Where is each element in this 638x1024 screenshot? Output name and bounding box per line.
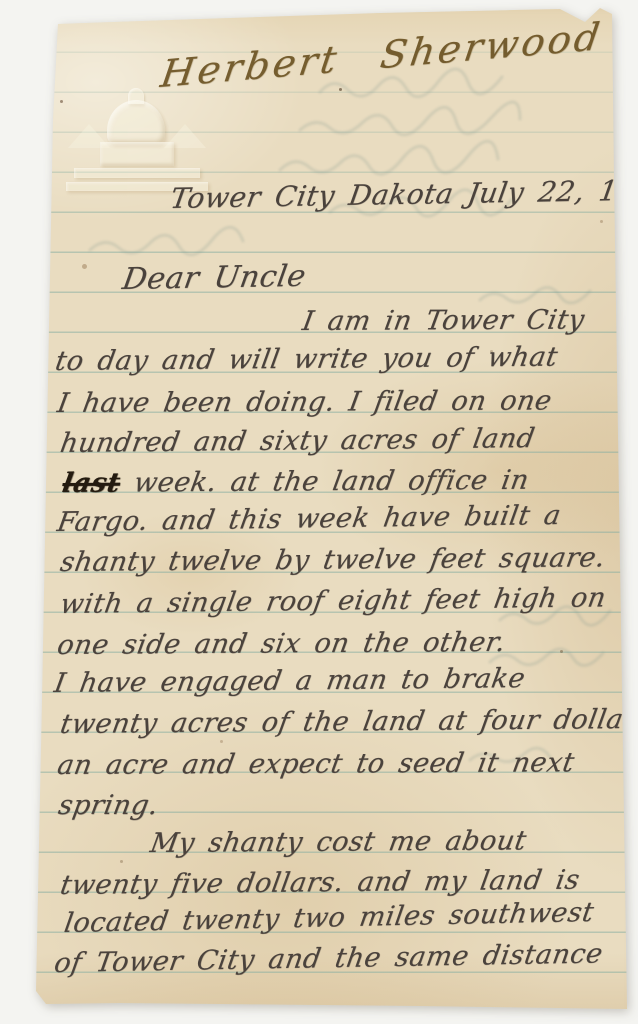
letter-line: twenty acres of the land at four dollars xyxy=(58,704,638,740)
seal-base-upper xyxy=(74,168,200,178)
letter-line: I have been doing. I filed on one xyxy=(55,385,554,419)
struck-word: last xyxy=(60,468,123,499)
scan-background: Herbert Sherwood Tower City Dakota July … xyxy=(0,0,638,1024)
letter-line: My shanty cost me about xyxy=(148,825,529,859)
seal-body xyxy=(100,142,174,166)
letter-line-text: week. at the land office in xyxy=(118,465,532,499)
letter-line: I am in Tower City xyxy=(300,305,587,337)
letter-paper-shadow: Herbert Sherwood Tower City Dakota July … xyxy=(0,0,638,1024)
letter-line: last week. at the land office in xyxy=(60,465,531,499)
foxing-specks xyxy=(60,100,63,103)
letter-line: shanty twelve by twelve feet square. xyxy=(58,542,608,578)
letter-line: I have engaged a man to brake xyxy=(52,663,528,699)
letter-line: to day and will write you of what xyxy=(53,342,560,377)
letter-paper: Herbert Sherwood Tower City Dakota July … xyxy=(0,0,638,1024)
letter-line: spring. xyxy=(56,790,161,821)
letter-line: an acre and expect to seed it next xyxy=(55,747,577,781)
letter-line: one side and six on the other. xyxy=(55,627,508,661)
letter-line: hundred and sixty acres of land xyxy=(58,423,537,459)
salutation: Dear Uncle xyxy=(120,259,308,297)
seal-dome xyxy=(107,100,165,144)
letter-line: twenty five dollars. and my land is xyxy=(58,865,582,901)
